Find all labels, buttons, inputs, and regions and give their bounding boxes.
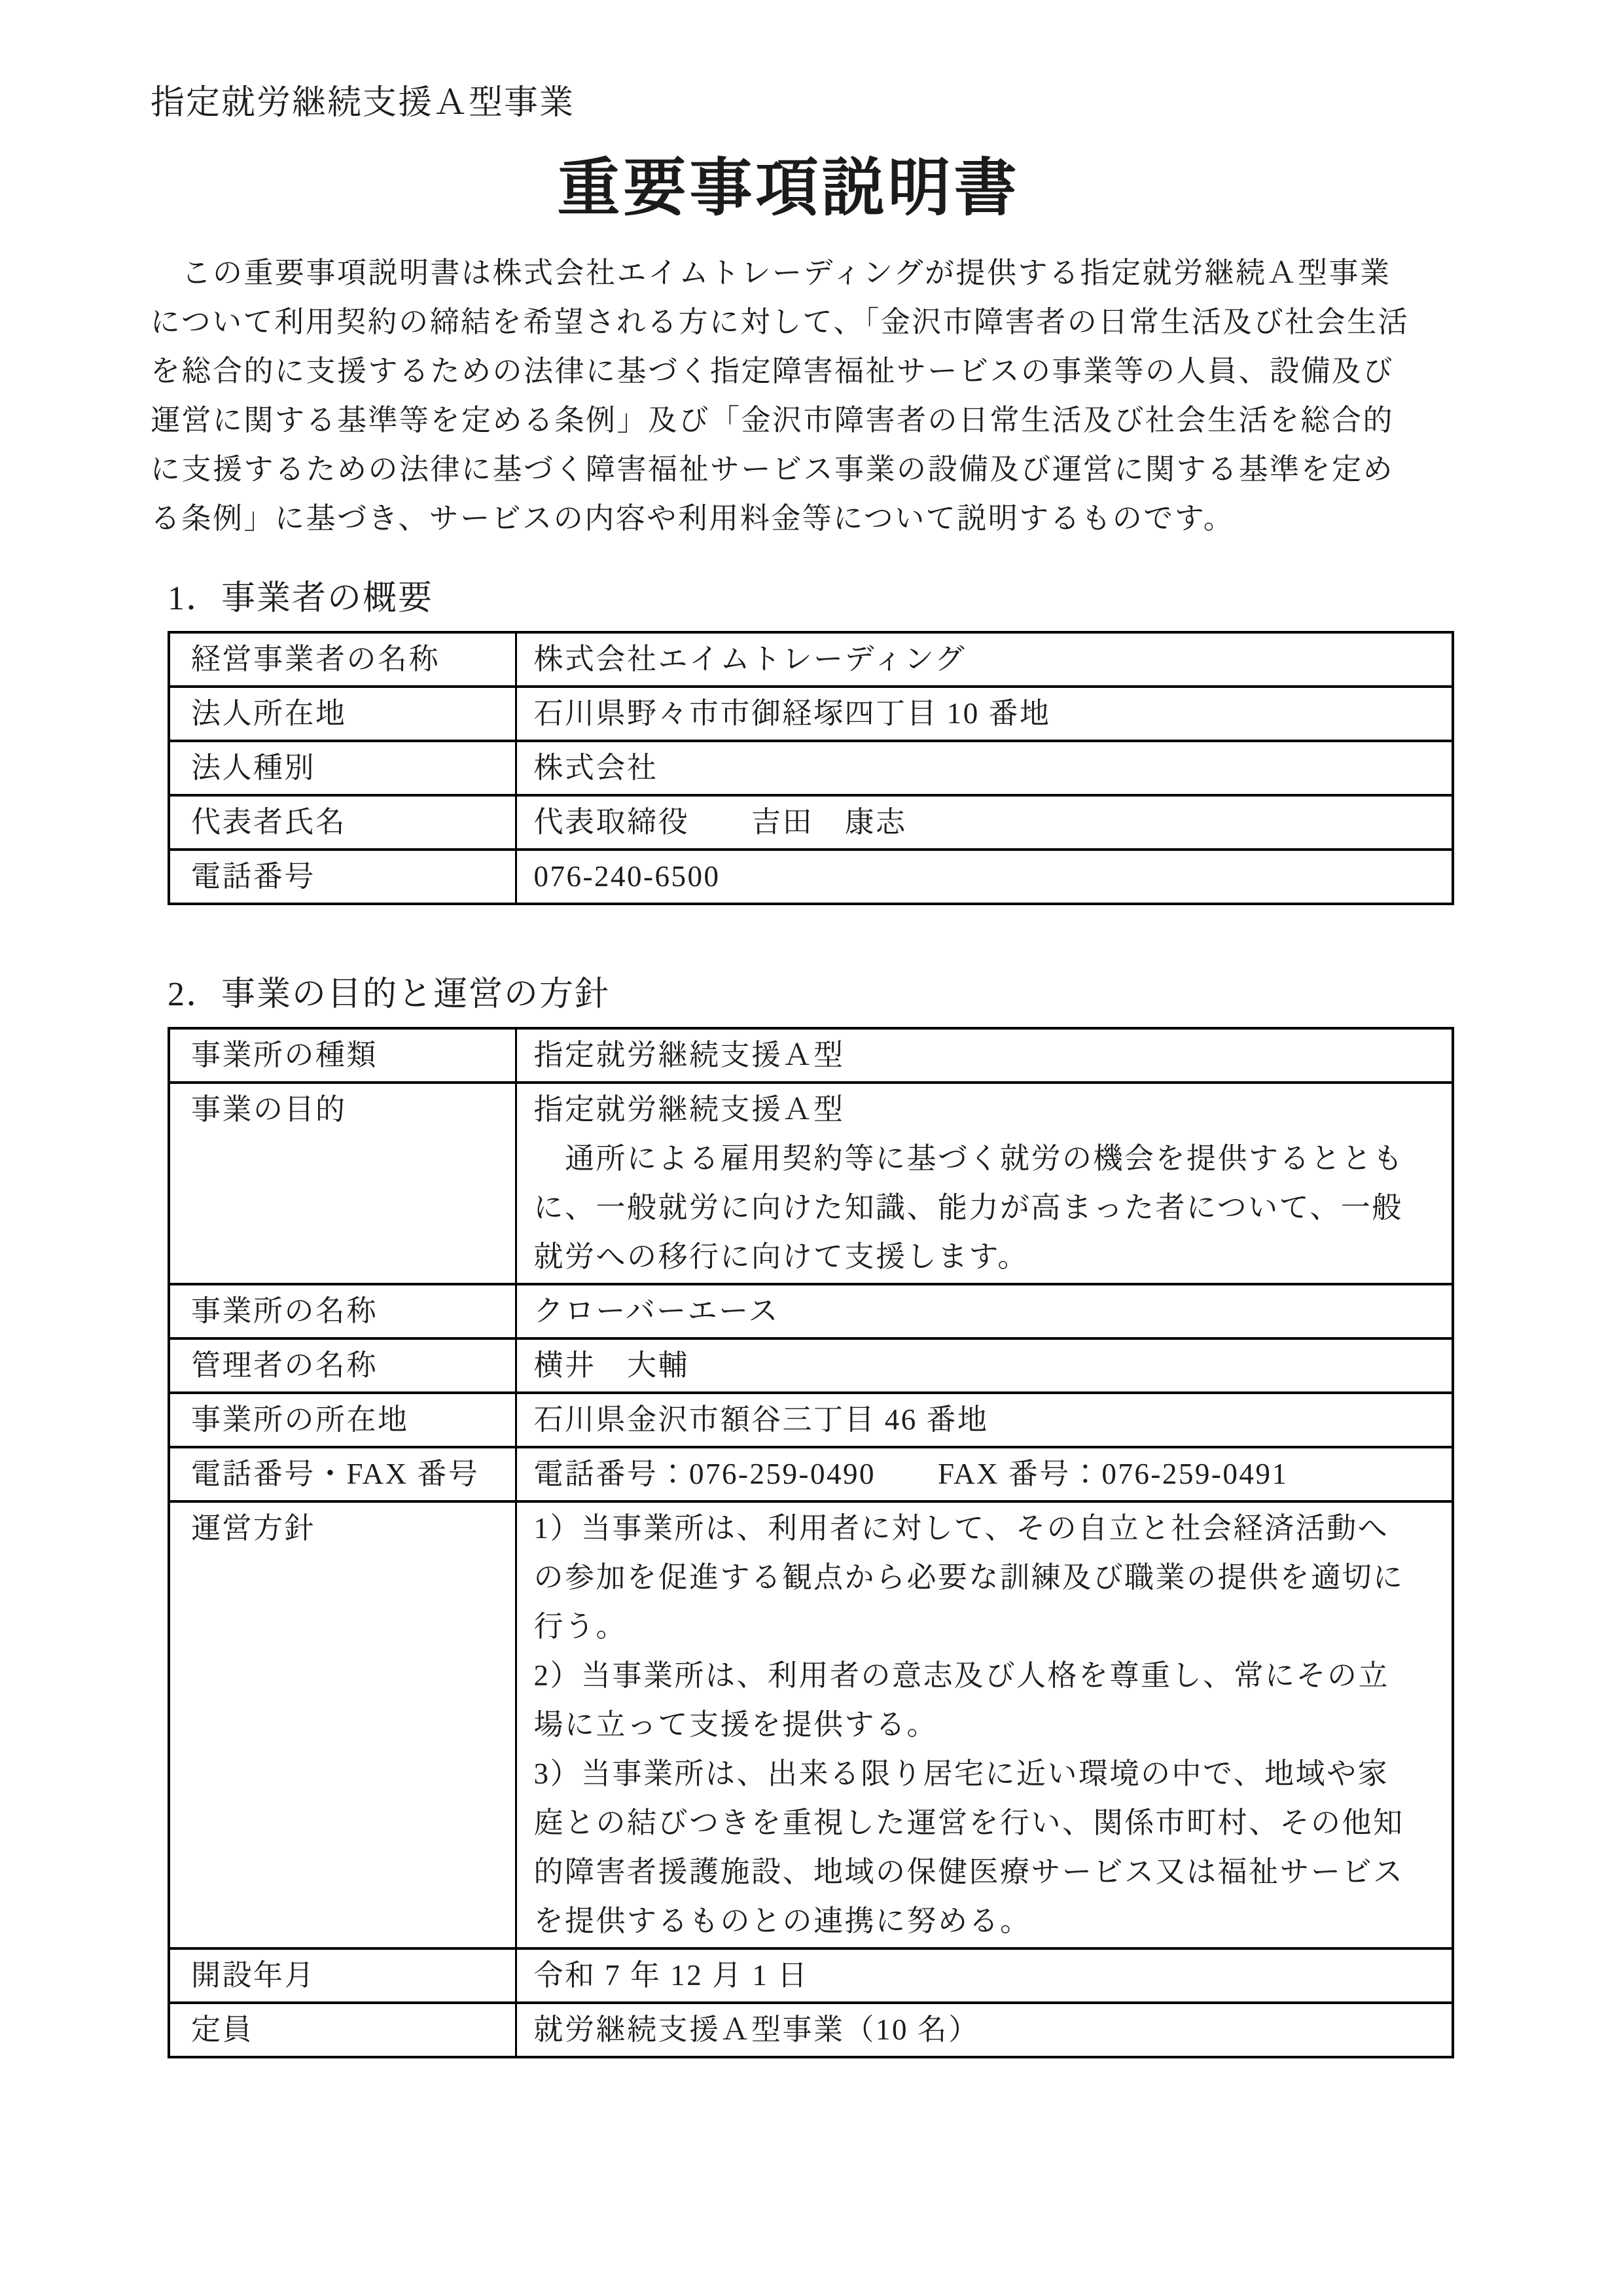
table-row: 電話番号 076-240-6500	[169, 850, 1453, 904]
table-row: 管理者の名称 横井 大輔	[169, 1338, 1453, 1393]
table-row: 運営方針 1）当事業所は、利用者に対して、その自立と社会経済活動へ の参加を促進…	[169, 1501, 1453, 1948]
table-row: 事業の目的 指定就労継続支援Ａ型 通所による雇用契約等に基づく就労の機会を提供す…	[169, 1083, 1453, 1284]
section-purpose-policy: 2．事業の目的と運営の方針 事業所の種類 指定就労継続支援Ａ型 事業の目的 指定…	[151, 975, 1472, 2058]
row-label: 定員	[169, 2003, 516, 2057]
row-label: 事業所の名称	[169, 1284, 516, 1338]
row-value: 076-240-6500	[516, 850, 1453, 904]
row-value: 石川県野々市市御経塚四丁目 10 番地	[516, 687, 1453, 741]
row-value: 株式会社	[516, 741, 1453, 795]
row-label: 管理者の名称	[169, 1338, 516, 1393]
row-value: 石川県金沢市額谷三丁目 46 番地	[516, 1393, 1453, 1447]
row-value: 電話番号：076-259-0490 FAX 番号：076-259-0491	[516, 1447, 1453, 1501]
document-header: 指定就労継続支援Ａ型事業	[151, 82, 1472, 124]
table-row: 事業所の種類 指定就労継続支援Ａ型	[169, 1028, 1453, 1083]
table-row: 経営事業者の名称 株式会社エイムトレーディング	[169, 632, 1453, 687]
row-value: 指定就労継続支援Ａ型 通所による雇用契約等に基づく就労の機会を提供するととも に…	[516, 1083, 1453, 1284]
row-label: 開設年月	[169, 1948, 516, 2003]
purpose-policy-table: 事業所の種類 指定就労継続支援Ａ型 事業の目的 指定就労継続支援Ａ型 通所による…	[168, 1027, 1454, 2058]
provider-overview-table: 経営事業者の名称 株式会社エイムトレーディング 法人所在地 石川県野々市市御経塚…	[168, 631, 1454, 905]
table-row: 代表者氏名 代表取締役 吉田 康志	[169, 795, 1453, 850]
row-label: 事業の目的	[169, 1083, 516, 1284]
row-label: 運営方針	[169, 1501, 516, 1948]
row-value: 就労継続支援Ａ型事業（10 名）	[516, 2003, 1453, 2057]
document-page: 指定就労継続支援Ａ型事業 重要事項説明書 この重要事項説明書は株式会社エイムトレ…	[0, 0, 1623, 2296]
row-label: 事業所の種類	[169, 1028, 516, 1083]
document-title: 重要事項説明書	[151, 145, 1427, 232]
row-value: 指定就労継続支援Ａ型	[516, 1028, 1453, 1083]
row-value: クローバーエース	[516, 1284, 1453, 1338]
table-row: 事業所の名称 クローバーエース	[169, 1284, 1453, 1338]
row-label: 電話番号・FAX 番号	[169, 1447, 516, 1501]
row-value: 株式会社エイムトレーディング	[516, 632, 1453, 687]
table-row: 法人所在地 石川県野々市市御経塚四丁目 10 番地	[169, 687, 1453, 741]
section-2-heading: 2．事業の目的と運営の方針	[168, 975, 1472, 1015]
row-label: 事業所の所在地	[169, 1393, 516, 1447]
row-value: 代表取締役 吉田 康志	[516, 795, 1453, 850]
intro-paragraph: この重要事項説明書は株式会社エイムトレーディングが提供する指定就労継続Ａ型事業 …	[151, 249, 1472, 543]
section-1-heading: 1．事業者の概要	[168, 579, 1472, 619]
row-label: 経営事業者の名称	[169, 632, 516, 687]
row-label: 電話番号	[169, 850, 516, 904]
table-row: 定員 就労継続支援Ａ型事業（10 名）	[169, 2003, 1453, 2057]
section-provider-overview: 1．事業者の概要 経営事業者の名称 株式会社エイムトレーディング 法人所在地 石…	[151, 579, 1472, 905]
row-value: 横井 大輔	[516, 1338, 1453, 1393]
row-value: 令和 7 年 12 月 1 日	[516, 1948, 1453, 2003]
row-label: 法人所在地	[169, 687, 516, 741]
table-row: 法人種別 株式会社	[169, 741, 1453, 795]
table-row: 開設年月 令和 7 年 12 月 1 日	[169, 1948, 1453, 2003]
row-label: 代表者氏名	[169, 795, 516, 850]
row-label: 法人種別	[169, 741, 516, 795]
table-row: 事業所の所在地 石川県金沢市額谷三丁目 46 番地	[169, 1393, 1453, 1447]
table-row: 電話番号・FAX 番号 電話番号：076-259-0490 FAX 番号：076…	[169, 1447, 1453, 1501]
row-value: 1）当事業所は、利用者に対して、その自立と社会経済活動へ の参加を促進する観点か…	[516, 1501, 1453, 1948]
